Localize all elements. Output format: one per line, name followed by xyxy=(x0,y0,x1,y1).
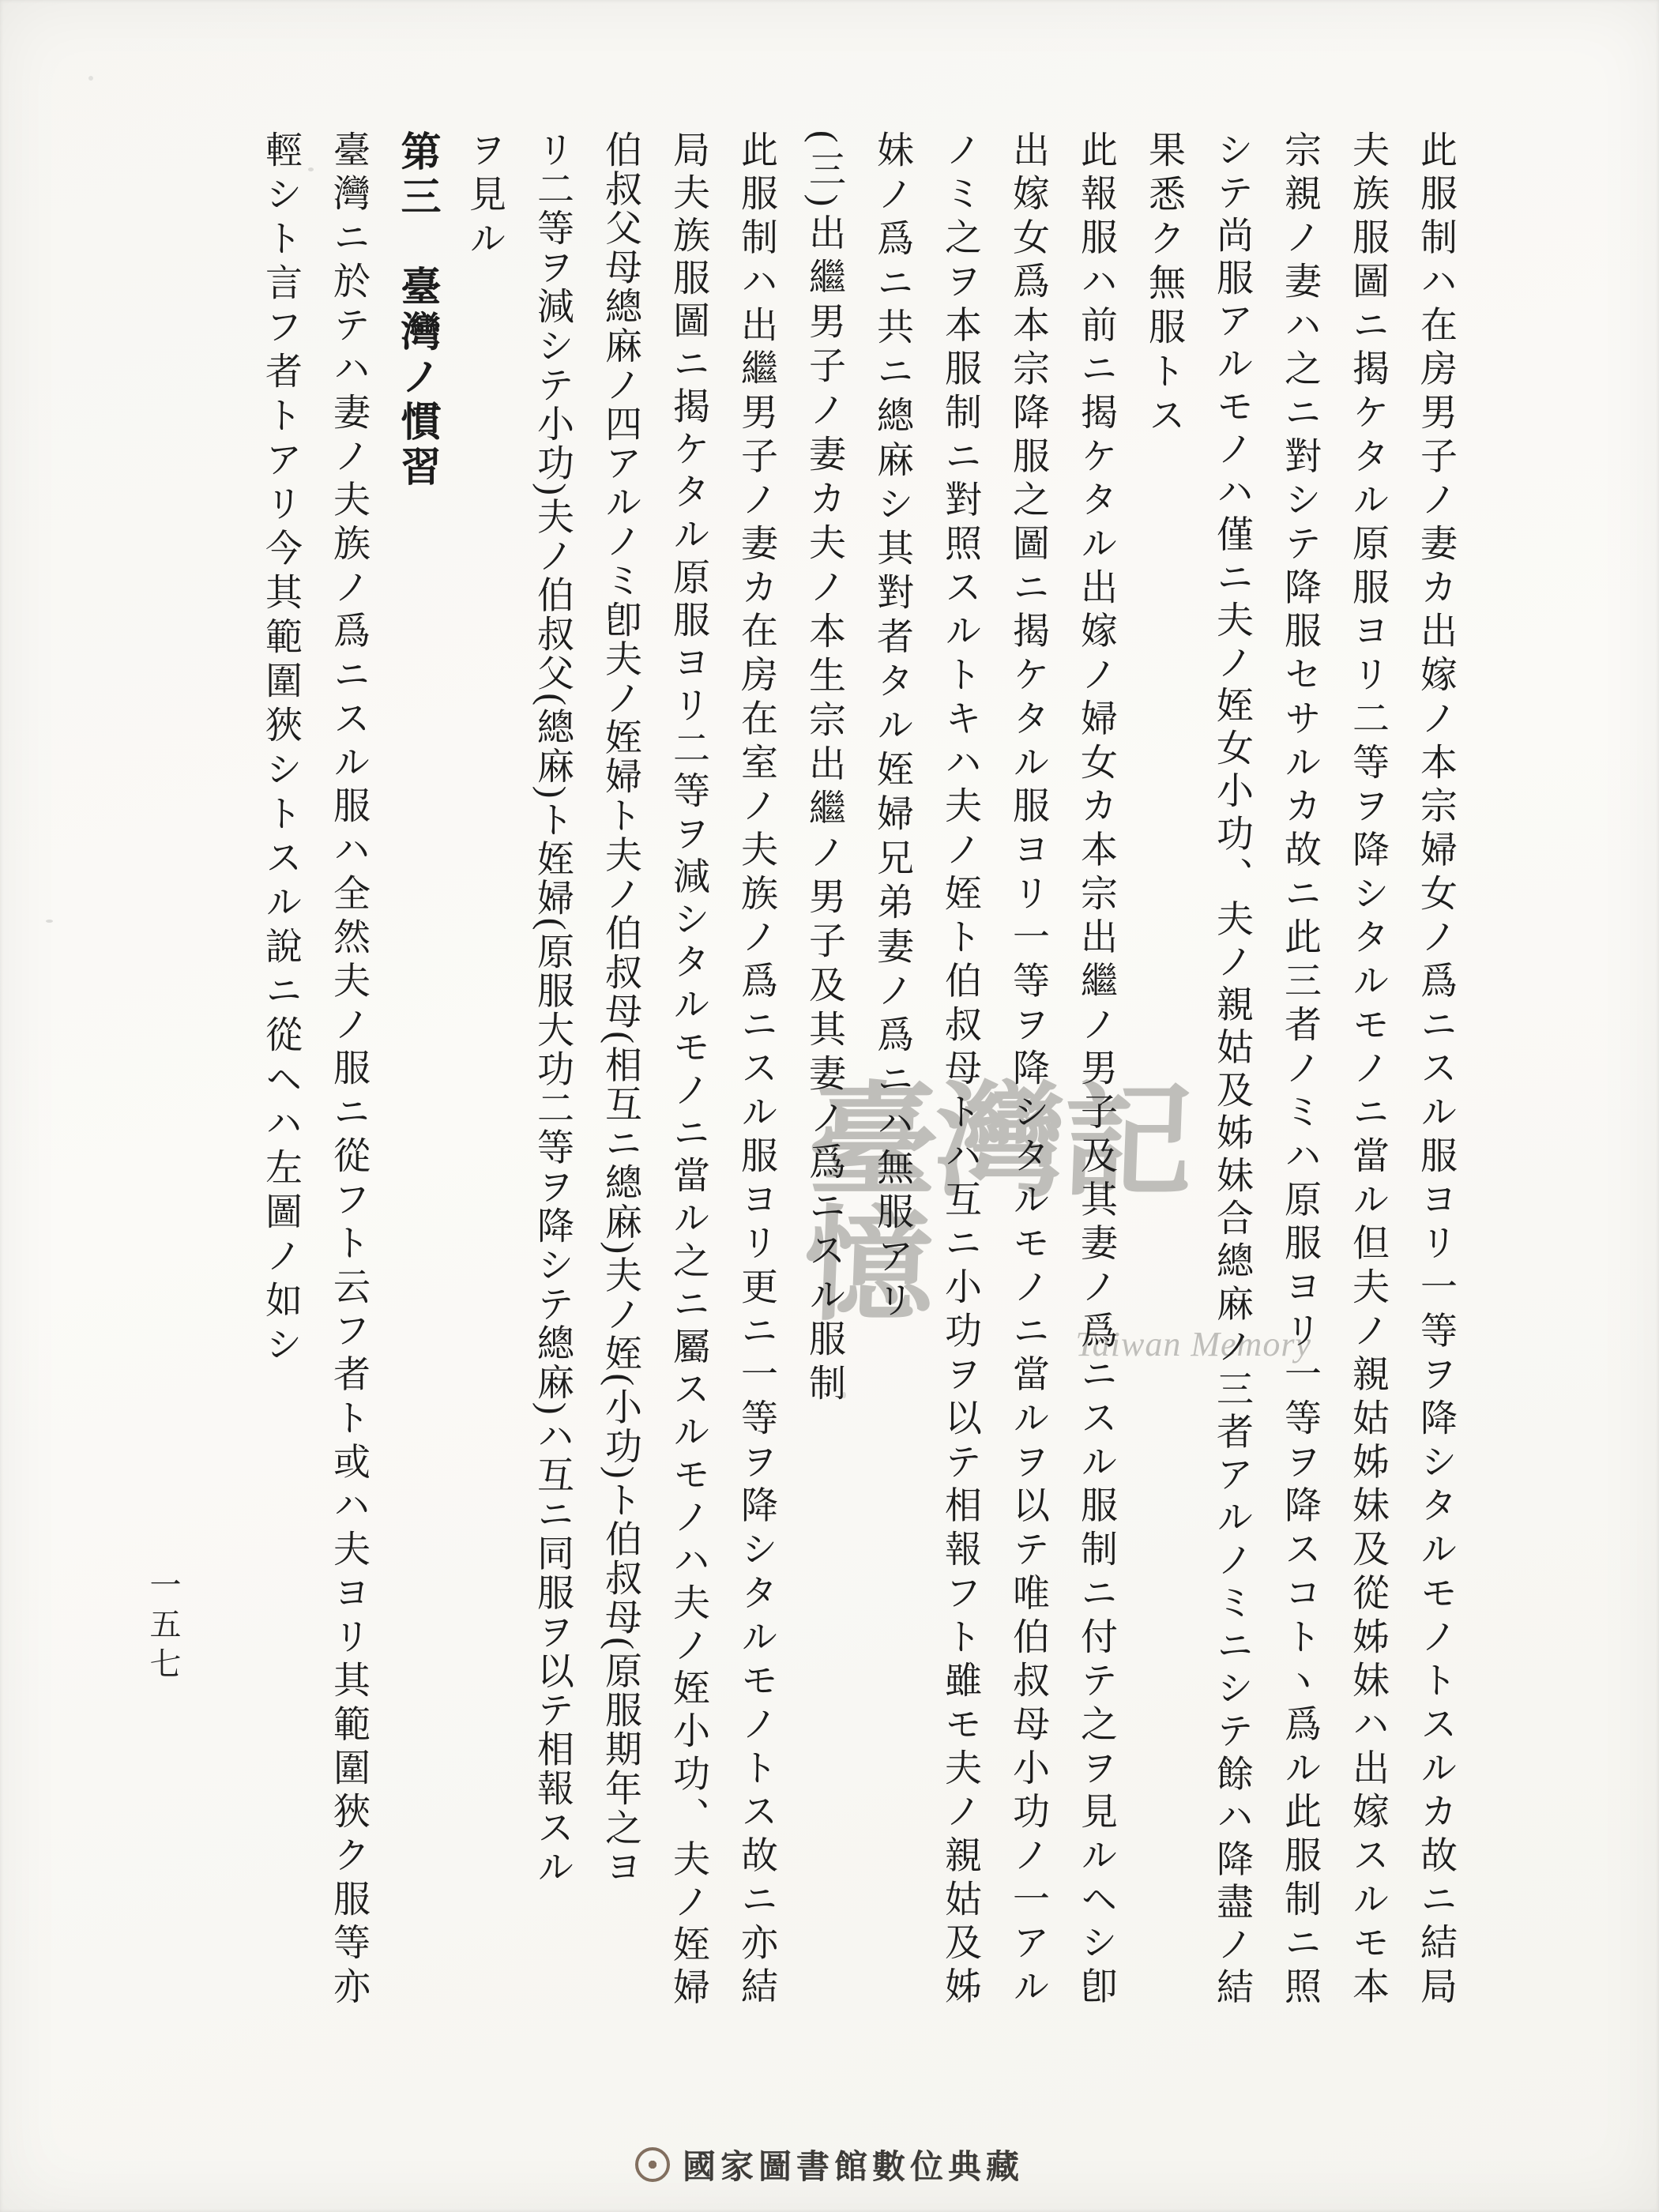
library-logo-icon xyxy=(635,2147,670,2182)
text-column: リ二等ヲ減シテ小功)夫ノ伯叔父(總麻)ト姪婦(原服大功二等ヲ降シテ總麻)ハ互ニ同… xyxy=(518,130,586,2011)
text-column: ヲ見ル xyxy=(450,130,518,2011)
scanned-page: 臺灣記憶 Taiwan Memory 此服制ハ在房男子ノ妻カ出嫁ノ本宗婦女ノ爲ニ… xyxy=(0,0,1659,2212)
text-column: 輕シト言フ者トアリ今其範圍狹シトスル說ニ從ヘハ左圖ノ如シ xyxy=(246,130,314,2011)
text-column: 宗親ノ妻ハ之ニ對シテ降服セサルカ故ニ此三者ノミハ原服ヨリ一等ヲ降スコトヽ爲ル此服… xyxy=(1266,130,1334,2011)
text-column: 此報服ハ前ニ揭ケタル出嫁ノ婦女カ本宗出繼ノ男子及其妻ノ爲ニスル服制ニ付テ之ヲ見ル… xyxy=(1062,130,1130,2011)
footer: 國家圖書館數位典藏 xyxy=(0,2141,1659,2188)
text-column: シテ尚服アルモノハ僅ニ夫ノ姪女小功、夫ノ親姑及姊妹合總麻ノ三者アルノミニシテ餘ハ… xyxy=(1198,130,1266,2011)
text-column: 妹ノ爲ニ共ニ總麻シ其對者タル姪婦兄弟妻ノ爲ニハ無服アリ xyxy=(858,130,926,2011)
scan-speck xyxy=(46,920,53,923)
text-column: (三)出繼男子ノ妻カ夫ノ本生宗出繼ノ男子及其妻ノ爲ニスル服制 xyxy=(790,130,858,2011)
text-column: 伯叔父母總麻ノ四アルノミ卽夫ノ姪婦ト夫ノ伯叔母(相互ニ總麻)夫ノ姪(小功)ト伯叔… xyxy=(586,130,654,2011)
scan-speck xyxy=(308,167,314,171)
vertical-text-block: 此服制ハ在房男子ノ妻カ出嫁ノ本宗婦女ノ爲ニスル服ヨリ一等ヲ降シタルモノトスルカ故… xyxy=(246,130,1469,2011)
page-number: 一五七 xyxy=(141,1568,186,1687)
scan-speck xyxy=(842,1392,846,1398)
text-column: 局夫族服圖ニ揭ケタル原服ヨリ二等ヲ減シタルモノニ當ル之ニ屬スルモノハ夫ノ姪小功、… xyxy=(654,130,722,2011)
section-heading-column: 第三 臺灣ノ慣習 xyxy=(382,130,450,2011)
text-column: 出嫁女爲本宗降服之圖ニ揭ケタル服ヨリ一等ヲ降シタルモノニ當ルヲ以テ唯伯叔母小功ノ… xyxy=(994,130,1062,2011)
text-column: ノミ之ヲ本服制ニ對照スルトキハ夫ノ姪ト伯叔母トハ互ニ小功ヲ以テ相報フト雖モ夫ノ親… xyxy=(926,130,994,2011)
text-column: 此服制ハ在房男子ノ妻カ出嫁ノ本宗婦女ノ爲ニスル服ヨリ一等ヲ降シタルモノトスルカ故… xyxy=(1401,130,1469,2011)
text-column: 臺灣ニ於テハ妻ノ夫族ノ爲ニスル服ハ全然夫ノ服ニ從フト云フ者ト或ハ夫ヨリ其範圍狹ク… xyxy=(314,130,382,2011)
footer-caption: 國家圖書館數位典藏 xyxy=(683,2141,1024,2188)
scan-speck xyxy=(88,76,93,81)
text-column: 夫族服圖ニ揭ケタル原服ヨリ二等ヲ降シタルモノニ當ル但夫ノ親姑姊妹及從姊妹ハ出嫁ス… xyxy=(1334,130,1401,2011)
text-column: 果悉ク無服トス xyxy=(1130,130,1198,2011)
text-column: 此服制ハ出繼男子ノ妻カ在房在室ノ夫族ノ爲ニスル服ヨリ更ニ一等ヲ降シタルモノトス故… xyxy=(722,130,790,2011)
